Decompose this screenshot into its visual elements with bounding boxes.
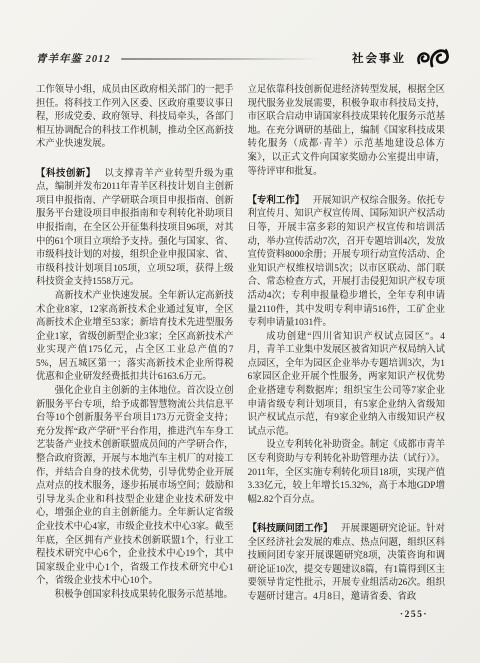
paragraph-text: 高新技术产业快速发展。全年新认定高新技术企业8家，12家高新技术企业通过复审，全… [36,291,234,383]
left-column: 工作领导小组，成员由区政府相关部门的一把手担任。将科技工作列入区委、区政府重要议… [36,84,234,605]
paragraph-text: 积极争创国家科技成果转化服务示范基地。 [55,590,233,600]
page-header: 青羊年鉴 2012 社会事业 [36,48,450,68]
paragraph-text: 开展课题研究论证。针对全区经济社会发展的难点、热点问题，组织区科技顾问团专家开展… [248,524,446,602]
paragraph-demo-base-continuation: 立足依靠科技创新促进经济转型发展，根据全区现代服务业发展需要，积极争取市科技局支… [248,84,446,179]
calligraphy-flourish-icon [414,45,450,71]
paragraph-text: 强化企业自主创新的主体地位。首次设立创新服务平台专项，给予成都智慧物流公共信息平… [36,386,234,586]
paragraph-text: 开展知识产权综合服务。依托专利宣传月、知识产权宣传周、国际知识产权活动日等，开展… [248,196,446,328]
paragraph-ip-pilot-park: 成功创建“四川省知识产权试点园区”。4月，青羊工业集中发展区被省知识产权局纳入试… [248,331,446,440]
paragraph-patent-work: 【专利工作】开展知识产权综合服务。依托专利宣传月、知识产权宣传周、国际知识产权活… [248,193,446,331]
header-rule [121,58,321,60]
section-heading-sci-tech-innovation: 【科技创新】 [36,167,104,178]
paragraph-advisory-group: 【科技顾问团工作】开展课题研究论证。针对全区经济社会发展的难点、热点问题，组织区… [248,521,446,605]
paragraph-demo-base: 积极争创国家科技成果转化服务示范基地。 [36,589,234,603]
paragraph-hightech-industry: 高新技术产业快速发展。全年新认定高新技术企业8家，12家高新技术企业通过复审，全… [36,290,234,385]
paragraph-sci-tech-innovation: 【科技创新】以支撑青羊产业转型升级为重点，编制并发布2011年青羊区科技计划自主… [36,166,234,290]
paragraph-leading-group-continuation: 工作领导小组，成员由区政府相关部门的一把手担任。将科技工作列入区委、区政府重要议… [36,84,234,152]
paragraph-patent-subsidy-fund: 设立专利转化补助资金。制定《成都市青羊区专利资助与专利转化补助管理办法（试行）》… [248,439,446,507]
paragraph-text: 工作领导小组，成员由区政府相关部门的一把手担任。将科技工作列入区委、区政府重要议… [36,85,234,149]
text-columns: 工作领导小组，成员由区政府相关部门的一把手担任。将科技工作列入区委、区政府重要议… [36,84,445,605]
paragraph-text: 立足依靠科技创新促进经济转型发展，根据全区现代服务业发展需要，积极争取市科技局支… [248,85,446,177]
section-title: 社会事业 [352,50,406,66]
section-heading-patent-work: 【专利工作】 [248,194,313,205]
page-number: ·255· [400,610,428,620]
paragraph-text: 成功创建“四川省知识产权试点园区”。4月，青羊工业集中发展区被省知识产权局纳入试… [248,332,446,437]
right-column: 立足依靠科技创新促进经济转型发展，根据全区现代服务业发展需要，积极争取市科技局支… [248,84,446,605]
book-title: 青羊年鉴 2012 [36,51,111,66]
paragraph-text: 以支撑青羊产业转型升级为重点，编制并发布2011年青羊区科技计划自主创新项目申报… [36,169,234,288]
section-heading-advisory-group: 【科技顾问团工作】 [248,522,342,533]
paragraph-text: 设立专利转化补助资金。制定《成都市青羊区专利资助与专利转化补助管理办法（试行）》… [248,440,446,504]
paragraph-enterprise-innovation: 强化企业自主创新的主体地位。首次设立创新服务平台专项，给予成都智慧物流公共信息平… [36,385,234,589]
